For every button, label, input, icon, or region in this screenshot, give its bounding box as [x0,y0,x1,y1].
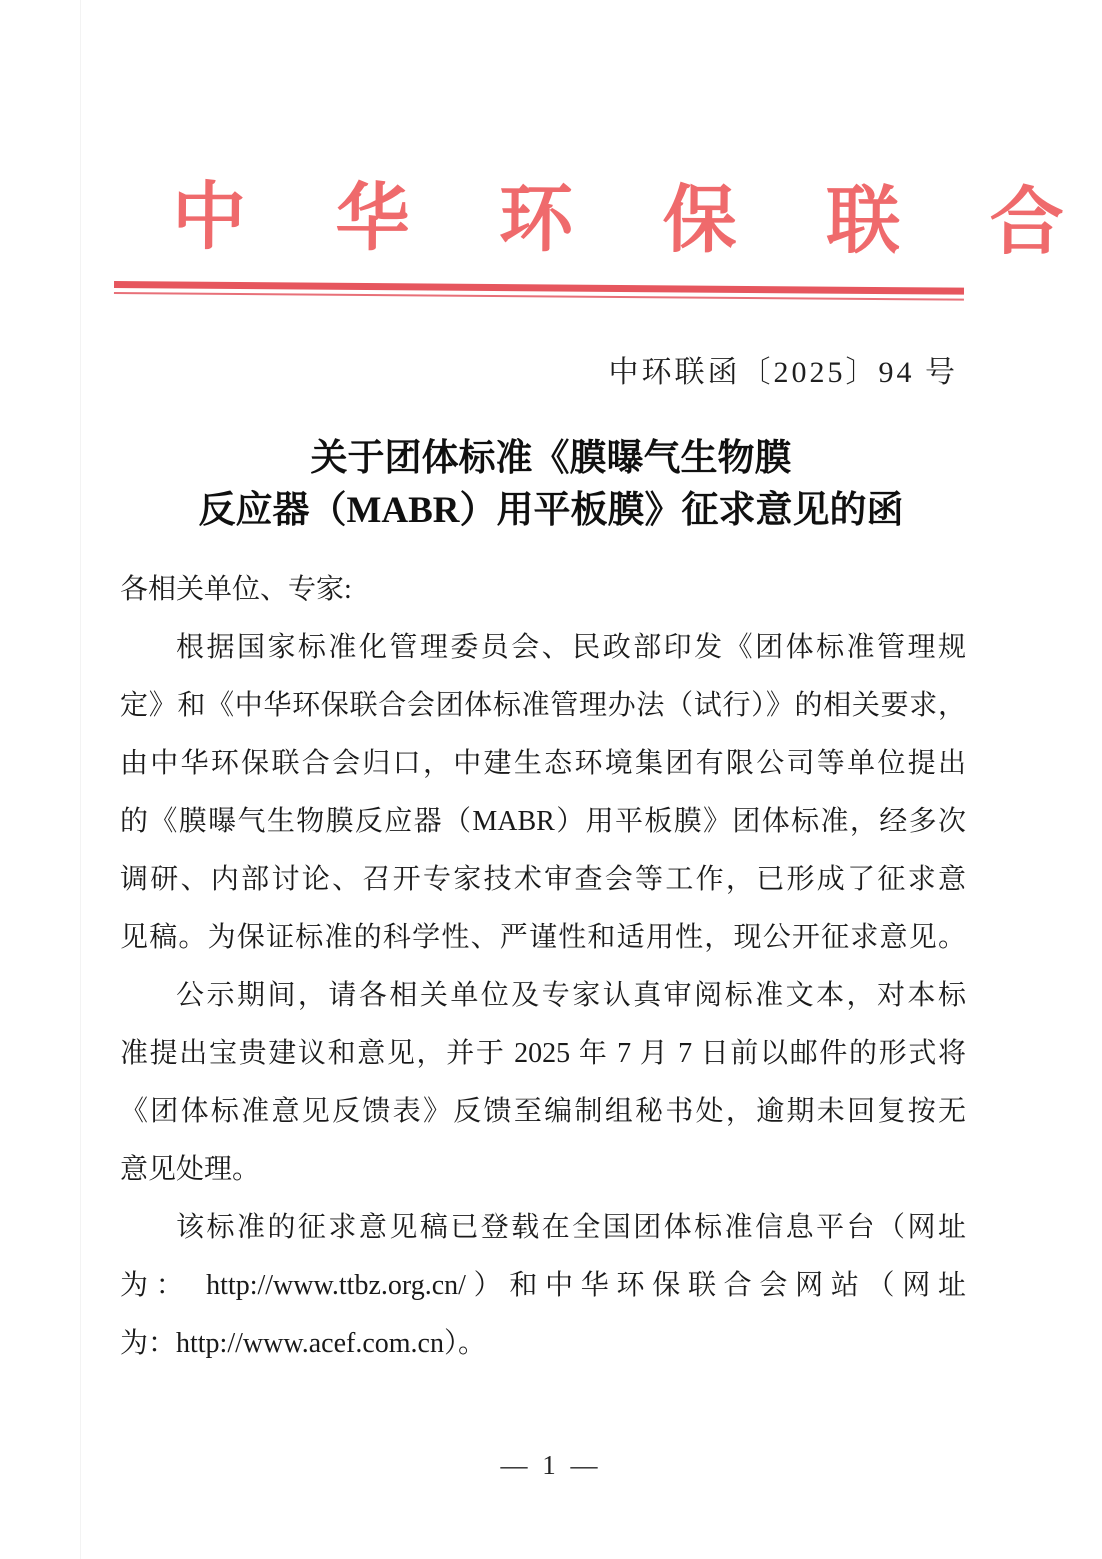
document-page: 中 华 环 保 联 合 会 中环联函〔2025〕94 号 关于团体标准《膜曝气生… [0,0,1102,1559]
body-text-line: 公示期间，请各相关单位及专家认真审阅标准文本，对本标 [120,967,966,1025]
body-text-line: 该标准的征求意见稿已登载在全国团体标准信息平台（网址 [120,1199,966,1257]
salutation: 各相关单位、专家: [120,561,966,619]
body-text-line: 定》和《中华环保联合会团体标准管理办法（试行）》的相关要求， [120,677,966,735]
body-text-line: 由中华环保联合会归口，中建生态环境集团有限公司等单位提出 [120,735,966,793]
body-text-line: 的《膜曝气生物膜反应器（MABR）用平板膜》团体标准，经多次 [120,793,966,851]
document-body: 各相关单位、专家: 根据国家标准化管理委员会、民政部印发《团体标准管理规 定》和… [120,561,966,1373]
document-title-line2: 反应器（MABR）用平板膜》征求意见的函 [0,485,1102,537]
body-text-line: 调研、内部讨论、召开专家技术审查会等工作，已形成了征求意 [120,851,966,909]
document-title: 关于团体标准《膜曝气生物膜 反应器（MABR）用平板膜》征求意见的函 [0,433,1102,537]
body-text-line: 见稿。为保证标准的科学性、严谨性和适用性，现公开征求意见。 [120,909,966,967]
body-text-line: 《团体标准意见反馈表》反馈至编制组秘书处，逾期未回复按无 [120,1083,966,1141]
org-name-letterhead: 中 华 环 保 联 合 会 [172,174,953,268]
page-number: — 1 — [0,1450,1102,1481]
red-separator [114,281,964,301]
body-text-line: 意见处理。 [120,1141,966,1199]
body-text-line: 为：http://www.acef.com.cn）。 [120,1315,966,1373]
scan-artifact-line [80,0,81,1559]
document-title-line1: 关于团体标准《膜曝气生物膜 [0,433,1102,485]
body-text-line: 为： http://www.ttbz.org.cn/）和中华环保联合会网站（网址 [120,1257,966,1315]
body-text-line: 根据国家标准化管理委员会、民政部印发《团体标准管理规 [120,619,966,677]
body-text-line: 准提出宝贵建议和意见，并于 2025 年 7 月 7 日前以邮件的形式将 [120,1025,966,1083]
document-reference-number: 中环联函〔2025〕94 号 [609,347,959,391]
